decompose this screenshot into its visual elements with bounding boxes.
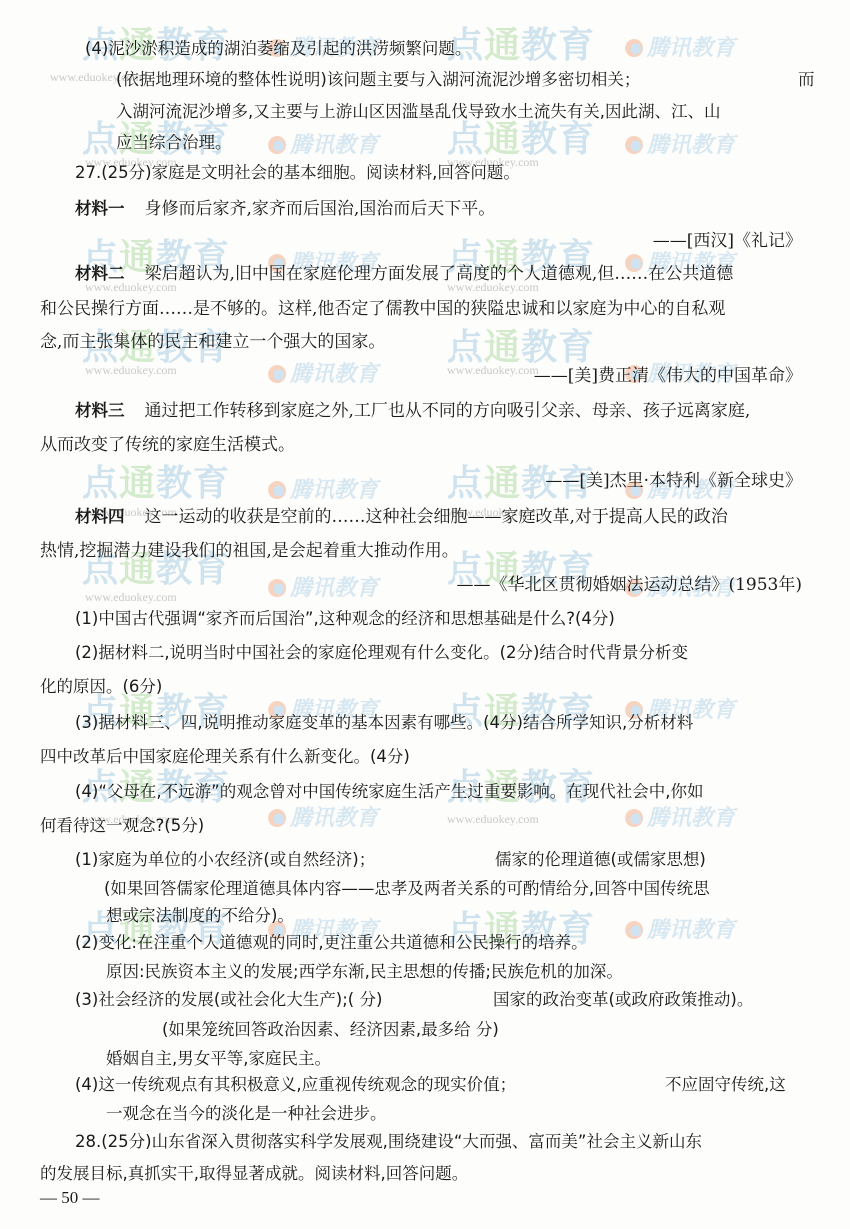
material-2-line3: 念,而主张集体的民主和建立一个强大的国家。 (40, 331, 385, 353)
q27-question-3: (3)据材料三、四,说明推动家庭变革的基本因素有哪些。(4分)结合所学知识,分析… (75, 712, 693, 734)
q27-question-4: (4)“父母在,不远游”的观念曾对中国传统家庭生活产生过重要影响。在现代社会中,… (75, 781, 703, 803)
prev-answer-q4-line2: 入湖河流泥沙增多,又主要与上游山区因滥垦乱伐导致水土流失有关,因此湖、江、山 (116, 101, 721, 123)
material-2-source: ——[美]费正清《伟大的中国革命》 (534, 365, 802, 387)
q27-question-4-cont: 何看待这一观念?(5分) (40, 815, 204, 837)
material-text: 通过把工作转移到家庭之外,工厂也从不同的方向吸引父亲、母亲、孩子远离家庭, (145, 401, 751, 421)
q28-stem-line2: 的发展目标,真抓实干,取得显著成就。阅读材料,回答问题。 (40, 1163, 468, 1185)
q27-stem: 27.(25分)家庭是文明社会的基本细胞。阅读材料,回答问题。 (75, 162, 520, 184)
q28-stem-line1: 28.(25分)山东省深入贯彻落实科学发展观,围绕建设“大而强、富而美”社会主义… (75, 1131, 702, 1153)
material-4: 材料四这一运动的收获是空前的……这种社会细胞——家庭改革,对于提高人民的政治 (75, 506, 728, 528)
material-label: 材料二 (75, 264, 125, 283)
q27-question-3-cont: 四中改革后中国家庭伦理关系有什么新变化。(4分) (40, 746, 410, 768)
material-4-line2: 热情,挖掘潜力建设我们的祖国,是会起着重大推动作用。 (40, 540, 459, 562)
answer-1-note2: 想或宗法制度的不给分)。 (106, 905, 294, 927)
q27-question-2-cont: 化的原因。(6分) (40, 676, 162, 698)
answer-2-change: (2)变化:在注重个人道德观的同时,更注重公共道德和公民操行的培养。 (75, 932, 588, 954)
q27-question-1: (1)中国古代强调“家齐而后国治”,这种观念的经济和思想基础是什么?(4分) (75, 608, 615, 630)
page-number: — 50 — (40, 1188, 100, 1208)
q27-question-2: (2)据材料二,说明当时中国社会的家庭伦理观有什么变化。(2分)结合时代背景分析… (75, 642, 688, 664)
material-label: 材料一 (75, 199, 125, 218)
material-1-source: ——[西汉]《礼记》 (653, 230, 802, 252)
answer-3-part2: 国家的政治变革(或政府政策推动)。 (493, 989, 753, 1011)
prev-answer-q4-line1: (依据地理环境的整体性说明)该问题主要与入湖河流泥沙增多密切相关； (116, 69, 640, 91)
answer-3-part1: (3)社会经济的发展(或社会化大生产);( 分) (75, 989, 382, 1011)
prev-answer-q4-title: (4)泥沙淤积造成的湖泊萎缩及引起的洪涝频繁问题。 (85, 38, 471, 60)
prev-answer-q4-line1-tail: 而 (798, 69, 815, 91)
material-2: 材料二梁启超认为,旧中国在家庭伦理方面发展了高度的个人道德观,但……在公共道德 (75, 263, 733, 285)
answer-3-note: (如果笼统回答政治因素、经济因素,最多给 分) (162, 1019, 499, 1041)
material-2-line2: 和公民操行方面……是不够的。这样,他否定了儒教中国的狭隘忠诚和以家庭为中心的自私… (40, 298, 725, 320)
answer-4-part2: 不应固守传统,这 (665, 1074, 786, 1096)
material-3-source: ——[美]杰里·本特利《新全球史》 (545, 470, 802, 492)
material-text: 梁启超认为,旧中国在家庭伦理方面发展了高度的个人道德观,但……在公共道德 (145, 264, 734, 284)
answer-1-part1: (1)家庭为单位的小农经济(或自然经济)； (75, 849, 375, 871)
answer-3-new-changes: 婚姻自主,男女平等,家庭民主。 (106, 1048, 331, 1070)
answer-1-part2: 儒家的伦理道德(或儒家思想) (495, 849, 706, 871)
answer-4-line2: 一观念在当今的淡化是一种社会进步。 (106, 1103, 387, 1125)
answer-4-part1: (4)这一传统观点有其积极意义,应重视传统观念的现实价值； (75, 1074, 516, 1096)
material-text: 这一运动的收获是空前的……这种社会细胞——家庭改革,对于提高人民的政治 (145, 507, 728, 527)
material-1: 材料一身修而后家齐,家齐而后国治,国治而后天下平。 (75, 198, 495, 220)
exam-page: (4)泥沙淤积造成的湖泊萎缩及引起的洪涝频繁问题。 (依据地理环境的整体性说明)… (0, 0, 850, 1229)
material-text: 身修而后家齐,家齐而后国治,国治而后天下平。 (145, 199, 496, 219)
prev-answer-q4-line3: 应当综合治理。 (116, 132, 232, 154)
answer-2-reason: 原因:民族资本主义的发展;西学东渐,民主思想的传播;民族危机的加深。 (106, 961, 623, 983)
material-4-source: ——《华北区贯彻婚姻法运动总结》(1953年) (456, 574, 802, 596)
answer-1-note1: (如果回答儒家伦理道德具体内容——忠孝及两者关系的可酌情给分,回答中国传统思 (104, 878, 710, 900)
material-3: 材料三通过把工作转移到家庭之外,工厂也从不同的方向吸引父亲、母亲、孩子远离家庭, (75, 400, 750, 422)
material-3-line2: 从而改变了传统的家庭生活模式。 (40, 434, 295, 456)
material-label: 材料四 (75, 507, 125, 526)
material-label: 材料三 (75, 401, 125, 420)
